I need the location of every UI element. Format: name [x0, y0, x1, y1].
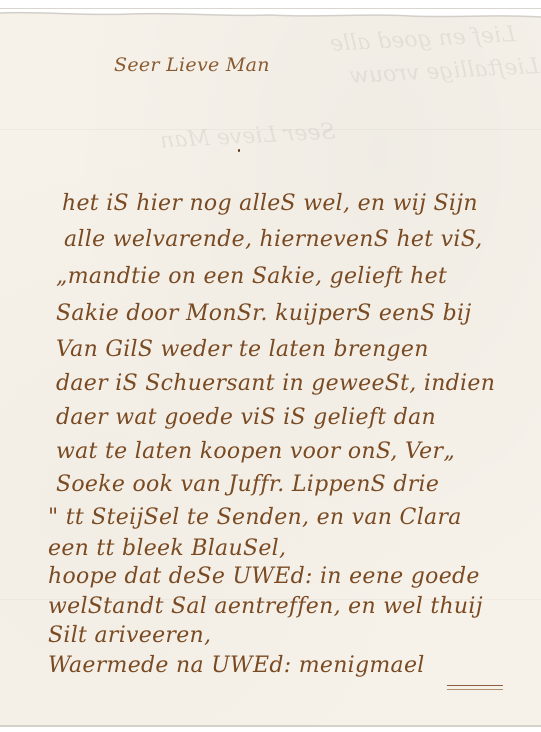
- letter-line: wat te laten koopen voor onS, Ver„: [56, 439, 455, 464]
- bleed-through-text: Seer Lieve Man: [159, 119, 336, 153]
- letter-line: Silt ariveeren,: [48, 623, 211, 648]
- letter-line: Soeke ook van Juffr. LippenS drie: [56, 472, 439, 497]
- letter-line: „mandtie on een Sakie, gelieft het: [56, 264, 447, 289]
- salutation: Seer Lieve Man: [114, 54, 270, 76]
- letter-line: het iS hier nog alleS wel, en wij Sijn: [62, 191, 478, 216]
- letter-line: Sakie door MonSr. kuijperS eenS bij: [56, 301, 472, 326]
- letter-line: Waermede na UWEd: menigmael: [48, 653, 425, 678]
- torn-top-edge: [0, 9, 541, 23]
- letter-line: " tt SteijSel te Senden, en van Clara: [48, 505, 462, 530]
- letter-line: alle welvarende, hiernevenS het viS,: [64, 227, 483, 252]
- closing-flourish-underline: [447, 685, 503, 690]
- letter-line: welStandt Sal aentreffen, en wel thuij: [48, 594, 483, 619]
- letter-paper: Lief en goed alle Lieftallige vrouw Seer…: [0, 8, 541, 727]
- letter-line: daer wat goede viS iS gelieft dan: [56, 405, 436, 430]
- bleed-through-text: Lief en goed alle: [329, 22, 516, 57]
- letter-line: Van GilS weder te laten brengen: [56, 337, 429, 362]
- letter-line: daer iS Schuersant in geweeSt, indien: [56, 371, 495, 396]
- letter-line: een tt bleek BlauSel,: [48, 536, 286, 561]
- ink-dot: [238, 149, 240, 152]
- bleed-through-text: Lieftallige vrouw: [349, 54, 539, 89]
- letter-line: hoope dat deSe UWEd: in eene goede: [48, 564, 480, 589]
